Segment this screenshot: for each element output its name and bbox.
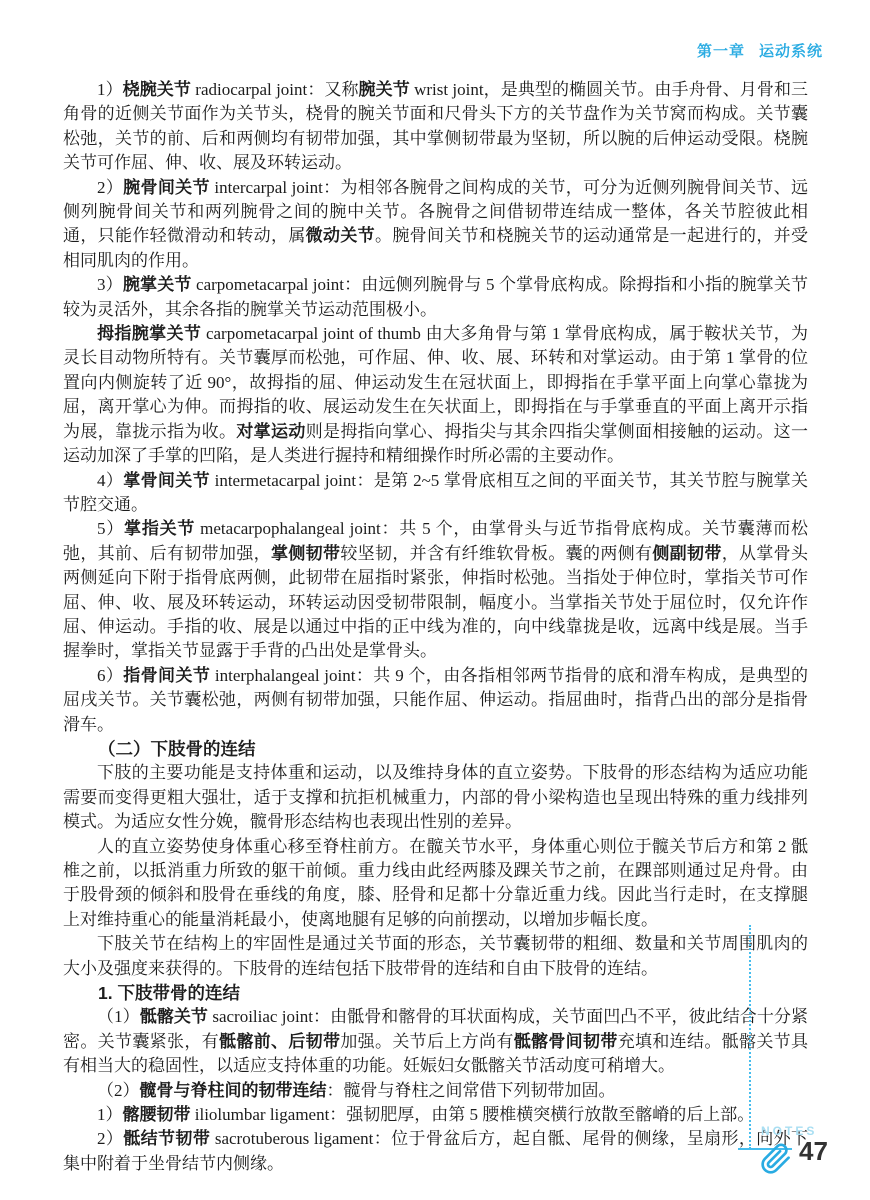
bold-term: 骶结节韧带 [123,1129,210,1148]
text-run: 6） [97,666,123,685]
bold-term: 侧副韧带 [652,544,721,563]
bold-term: 骶髂骨间韧带 [514,1032,618,1051]
text-run: ：髋骨与脊柱之间常借下列韧带加固。 [327,1081,616,1100]
bold-term: 掌指关节 [124,519,195,538]
bold-term: 1. 下肢带骨的连结 [98,983,240,1003]
text-run: 较坚韧，并含有纤维软骨板。囊的两侧有 [340,544,652,563]
bold-term: 髂腰韧带 [123,1105,191,1124]
bold-term: 腕关节 [359,80,410,99]
bold-term: 骶髂关节 [140,1007,208,1026]
text-run: 1） [97,80,123,99]
text-run: 3） [97,275,123,294]
paragraph: 拇指腕掌关节 carpometacarpal joint of thumb 由大… [63,322,808,468]
content: 1）桡腕关节 radiocarpal joint：又称腕关节 wrist joi… [63,78,808,1176]
text-run: 4） [97,471,123,490]
text-run: 2） [97,178,123,197]
bold-term: 对掌运动 [236,422,305,441]
bold-term: 骶髂前、后韧带 [219,1032,340,1051]
paragraph: 5）掌指关节 metacarpophalangeal joint：共 5 个，由… [63,517,808,663]
page-number: 47 [799,1136,828,1167]
paragraph: 2）骶结节韧带 sacrotuberous ligament：位于骨盆后方，起自… [63,1127,808,1176]
paperclip-icon [760,1143,792,1175]
text-run: 2） [97,1129,123,1148]
bold-term: 拇指腕掌关节 [97,324,201,343]
paragraph: 下肢关节在结构上的牢固性是通过关节面的形态，关节囊韧带的粗细、数量和关节周围肌肉… [63,932,808,981]
paragraph: 6）指骨间关节 interphalangeal joint：共 9 个，由各指相… [63,664,808,737]
running-head: 第一章运动系统 [697,40,823,61]
bold-term: 桡腕关节 [123,80,191,99]
paragraph: （1）骶髂关节 sacroiliac joint：由骶骨和髂骨的耳状面构成，关节… [63,1005,808,1078]
text-run: （1） [97,1007,140,1026]
textbook-page: 第一章运动系统 1）桡腕关节 radiocarpal joint：又称腕关节 w… [0,0,870,1200]
paragraph: 1）髂腰韧带 iliolumbar ligament：强韧肥厚，由第 5 腰椎横… [63,1103,808,1127]
section-heading: （二）下肢骨的连结 [63,737,808,761]
running-head-chapter: 第一章 [697,43,745,60]
paragraph: （2）髋骨与脊柱间的韧带连结：髋骨与脊柱之间常借下列韧带加固。 [63,1079,808,1103]
text-run: iliolumbar ligament：强韧肥厚，由第 5 腰椎横突横行放散至髂… [191,1105,755,1124]
paragraph: 2）腕骨间关节 intercarpal joint：为相邻各腕骨之间构成的关节，… [63,176,808,274]
bold-term: 腕骨间关节 [123,178,210,197]
notes-dotted-rail [749,925,751,1149]
bold-term: （二）下肢骨的连结 [98,739,256,759]
paragraph: 1）桡腕关节 radiocarpal joint：又称腕关节 wrist joi… [63,78,808,176]
text-run: 加强。关节后上方尚有 [340,1032,513,1051]
text-run: （2） [97,1081,140,1100]
text-run: 下肢关节在结构上的牢固性是通过关节面的形态，关节囊韧带的粗细、数量和关节周围肌肉… [63,934,808,977]
paragraph: 3）腕掌关节 carpometacarpal joint：由远侧列腕骨与 5 个… [63,273,808,322]
bold-term: 掌侧韧带 [271,544,340,563]
bold-term: 髋骨与脊柱间的韧带连结 [140,1081,327,1100]
paragraph: 4）掌骨间关节 intermetacarpal joint：是第 2~5 掌骨底… [63,469,808,518]
paragraph: 人的直立姿势使身体重心移至脊柱前方。在髋关节水平，身体重心则位于髋关节后方和第 … [63,835,808,933]
section-heading: 1. 下肢带骨的连结 [63,981,808,1005]
text-run: 1） [97,1105,123,1124]
running-head-title: 运动系统 [759,43,823,60]
bold-term: 指骨间关节 [123,666,210,685]
text-run: 下肢的主要功能是支持体重和运动，以及维持身体的直立姿势。下肢骨的形态结构为适应功… [63,763,808,831]
bold-term: 掌骨间关节 [123,471,210,490]
paragraph: 下肢的主要功能是支持体重和运动，以及维持身体的直立姿势。下肢骨的形态结构为适应功… [63,761,808,834]
text-run: 5） [97,519,124,538]
bold-term: 腕掌关节 [123,275,192,294]
text-run: radiocarpal joint：又称 [191,80,359,99]
bold-term: 微动关节 [306,226,375,245]
text-run: 人的直立姿势使身体重心移至脊柱前方。在髋关节水平，身体重心则位于髋关节后方和第 … [63,837,808,929]
